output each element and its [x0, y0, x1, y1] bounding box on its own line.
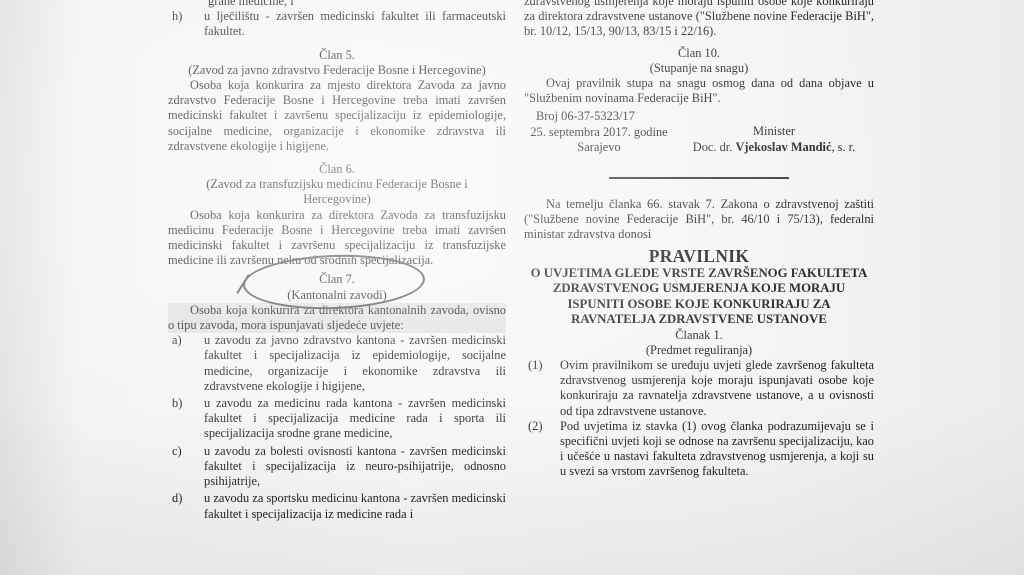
list-text: u lječilištu - završen medicinski fakult…: [204, 9, 506, 39]
document-title: PRAVILNIK: [524, 247, 874, 266]
clan10-heading: Član 10.: [524, 46, 874, 61]
list-text: u zavodu za javno zdravstvo kantona - za…: [204, 333, 506, 394]
list-text: u zavodu za sportsku medicinu kantona - …: [204, 491, 506, 521]
signatory-suffix: , s. r.: [831, 140, 855, 154]
signatory-name-line: Doc. dr. Vjekoslav Mandić, s. r.: [674, 140, 874, 155]
list-text: u zavodu za medicinu rada kantona - zavr…: [204, 396, 506, 442]
clan7-heading: Član 7.: [168, 272, 506, 287]
signature-right: Minister Doc. dr. Vjekoslav Mandić, s. r…: [674, 109, 874, 155]
right-column: zdravstvenog usmjerenja koje moraju ispu…: [524, 0, 874, 480]
list-item-d: d) u zavodu za sportsku medicinu kantona…: [168, 491, 506, 521]
list-marker: h): [168, 9, 204, 39]
clan6-body: Osoba koja konkurira za direktora Zavoda…: [168, 208, 506, 269]
clan5-subheading: (Zavod za javno zdravstvo Federacije Bos…: [168, 63, 506, 78]
clan5-body: Osoba koja konkurira za mjesto direktora…: [168, 78, 506, 154]
list-item-b: b) u zavodu za medicinu rada kantona - z…: [168, 396, 506, 442]
list-marker: c): [168, 444, 204, 490]
clan6-heading: Član 6.: [168, 162, 506, 177]
signature-left: Broj 06-37-5323/17 25. septembra 2017. g…: [524, 109, 674, 155]
clanak1-heading: Članak 1.: [524, 328, 874, 343]
document-place: Sarajevo: [524, 140, 674, 155]
list-text: u zavodu za bolesti ovisnosti kantona - …: [204, 444, 506, 490]
clan10-body: Ovaj pravilnik stupa na snagu osmog dana…: [524, 76, 874, 106]
list-marker: b): [168, 396, 204, 442]
paragraph-text: Pod uvjetima iz stavka (1) ovog članka p…: [560, 419, 874, 480]
paragraph-1: (1) Ovim pravilnikom se uređuju uvjeti g…: [524, 358, 874, 419]
document-date: 25. septembra 2017. godine: [524, 125, 674, 140]
paragraph-marker: (2): [524, 419, 560, 480]
list-item-h: h) u lječilištu - završen medicinski fak…: [168, 9, 506, 39]
signatory-role: Minister: [674, 124, 874, 139]
item-g-tail: grane medicine, i: [168, 0, 506, 9]
clanak1-subheading: (Predmet reguliranja): [524, 343, 874, 358]
previous-text-tail: zdravstvenog usmjerenja koje moraju ispu…: [524, 0, 874, 40]
document-subtitle: O UVJETIMA GLEDE VRSTE ZAVRŠENOG FAKULTE…: [524, 266, 874, 328]
list-marker: d): [168, 491, 204, 521]
section-divider: [609, 177, 789, 179]
list-marker: a): [168, 333, 204, 394]
preamble: Na temelju članka 66. stavak 7. Zakona o…: [524, 197, 874, 243]
paragraph-text: Ovim pravilnikom se uređuju uvjeti glede…: [560, 358, 874, 419]
clan5-heading: Član 5.: [168, 48, 506, 63]
clan7-subheading: (Kantonalni zavodi): [168, 288, 506, 303]
clan7-body: Osoba koja konkurira za direktora kanton…: [168, 303, 506, 333]
list-item-c: c) u zavodu za bolesti ovisnosti kantona…: [168, 444, 506, 490]
paragraph-2: (2) Pod uvjetima iz stavka (1) ovog član…: [524, 419, 874, 480]
left-column: grane medicine, i h) u lječilištu - zavr…: [168, 0, 506, 522]
document-number: Broj 06-37-5323/17: [524, 109, 674, 124]
signature-block: Broj 06-37-5323/17 25. septembra 2017. g…: [524, 109, 874, 155]
signatory-title: Doc. dr.: [693, 140, 733, 154]
list-item-a: a) u zavodu za javno zdravstvo kantona -…: [168, 333, 506, 394]
signatory-name: Vjekoslav Mandić: [735, 140, 831, 154]
clan6-subheading: (Zavod za transfuzijsku medicinu Federac…: [168, 177, 506, 207]
clan10-subheading: (Stupanje na snagu): [524, 61, 874, 76]
paragraph-marker: (1): [524, 358, 560, 419]
